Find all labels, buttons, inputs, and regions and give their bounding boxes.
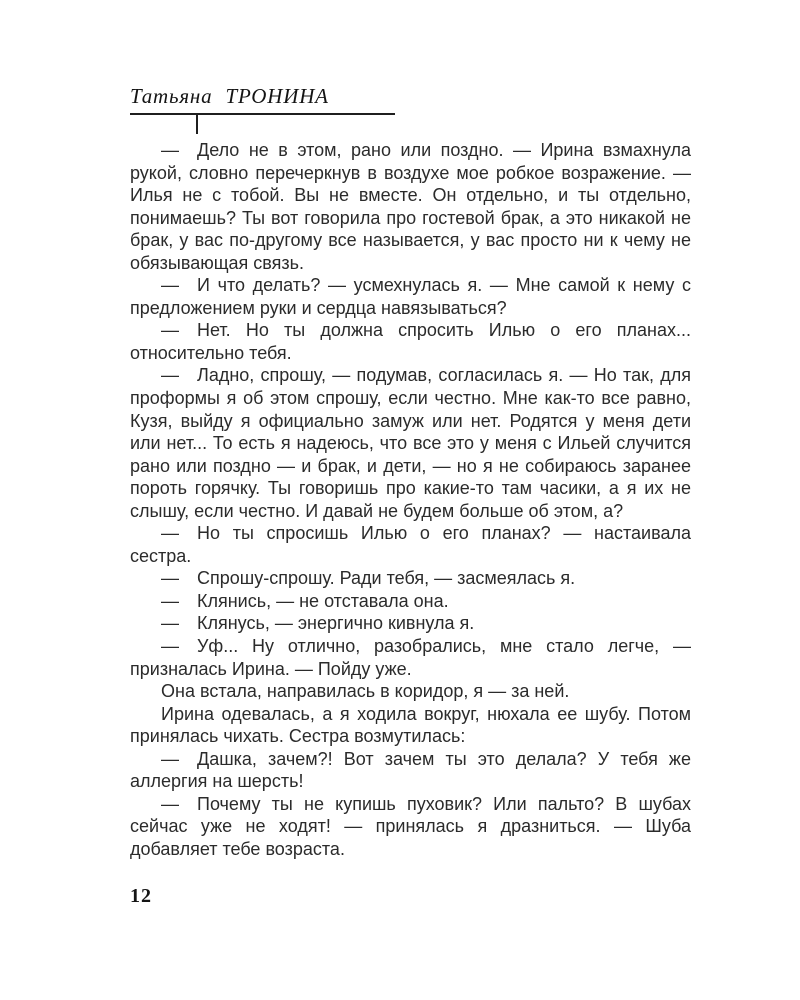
paragraph: Она встала, направилась в коридор, я — з… <box>130 680 691 703</box>
paragraph: — Дело не в этом, рано или поздно. — Ири… <box>130 139 691 274</box>
paragraph: — Уф... Ну отлично, разобрались, мне ста… <box>130 635 691 680</box>
paragraph: — Нет. Но ты должна спросить Илью о его … <box>130 319 691 364</box>
book-page: Татьяна ТРОНИНА — Дело не в этом, рано и… <box>0 0 800 1000</box>
paragraph: — Клянись, — не отставала она. <box>130 590 691 613</box>
header-tick-mark <box>196 113 198 134</box>
header-rule <box>130 113 395 115</box>
page-number: 12 <box>130 885 152 908</box>
paragraph: — Но ты спросишь Илью о его планах? — на… <box>130 522 691 567</box>
paragraph: — Почему ты не купишь пуховик? Или пальт… <box>130 793 691 861</box>
running-header-author: Татьяна ТРОНИНА <box>130 84 329 109</box>
paragraph: — Дашка, зачем?! Вот зачем ты это делала… <box>130 748 691 793</box>
page-body-text: — Дело не в этом, рано или поздно. — Ири… <box>130 139 691 861</box>
paragraph: — Спрошу-спрошу. Ради тебя, — засмеялась… <box>130 567 691 590</box>
paragraph: — И что делать? — усмехнулась я. — Мне с… <box>130 274 691 319</box>
paragraph: Ирина одевалась, а я ходила вокруг, нюха… <box>130 703 691 748</box>
paragraph: — Ладно, спрошу, — подумав, согласилась … <box>130 364 691 522</box>
paragraph: — Клянусь, — энергично кивнула я. <box>130 612 691 635</box>
